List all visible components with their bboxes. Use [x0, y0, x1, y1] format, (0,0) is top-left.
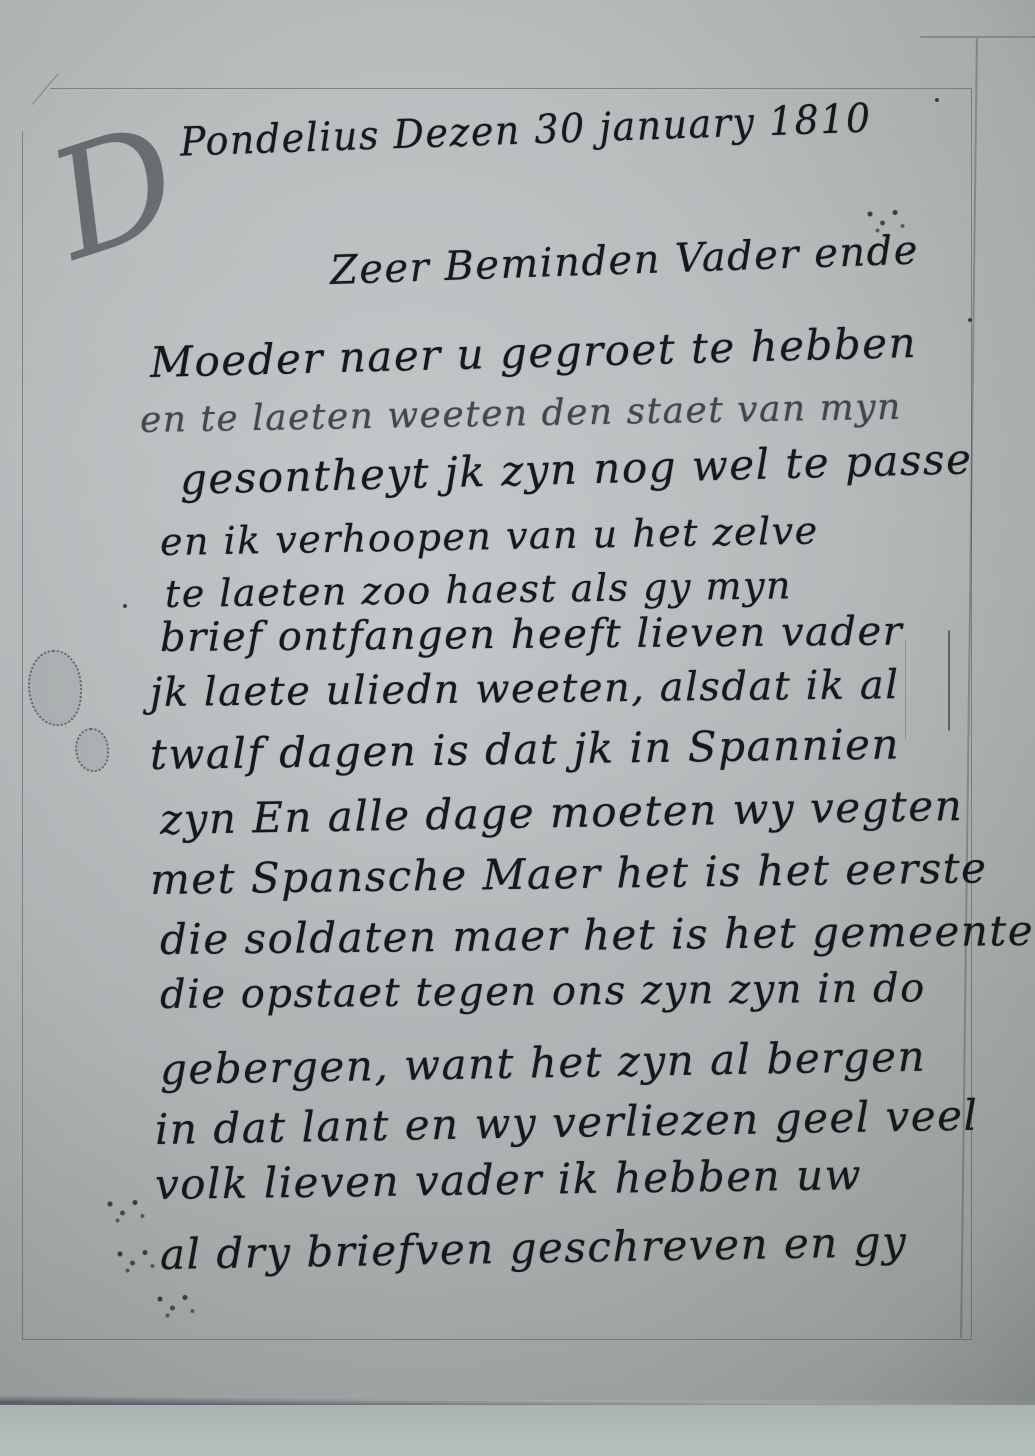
ink-stain — [75, 728, 109, 772]
speckle — [968, 318, 972, 322]
letter-line: die soldaten maer het is het gemeente — [160, 906, 1035, 964]
letter-line: volk lieven vader ik hebben uw — [155, 1150, 863, 1209]
speckle-cluster — [100, 1195, 150, 1225]
speckle-cluster — [150, 1290, 200, 1320]
speckle-cluster — [110, 1245, 160, 1275]
underlying-page — [0, 1405, 1035, 1456]
speckle — [123, 604, 127, 608]
paper-tab-mark — [905, 630, 950, 740]
letter-sheet: D Pondelius Dezen 30 january 1810 Zeer B… — [0, 0, 1035, 1400]
letter-line: jk laete uliedn weeten, alsdat ik al — [150, 662, 900, 716]
speckle — [935, 98, 939, 102]
letter-line: twalf dagen is dat jk in Spannien — [150, 720, 901, 779]
letter-line: te laeten zoo haest als gy myn — [165, 563, 793, 616]
fold-line-top — [920, 36, 1035, 38]
letter-line: die opstaet tegen ons zyn zyn in do — [160, 965, 926, 1018]
letter-line: brief ontfangen heeft lieven vader — [160, 609, 904, 661]
ink-stain — [28, 650, 82, 726]
